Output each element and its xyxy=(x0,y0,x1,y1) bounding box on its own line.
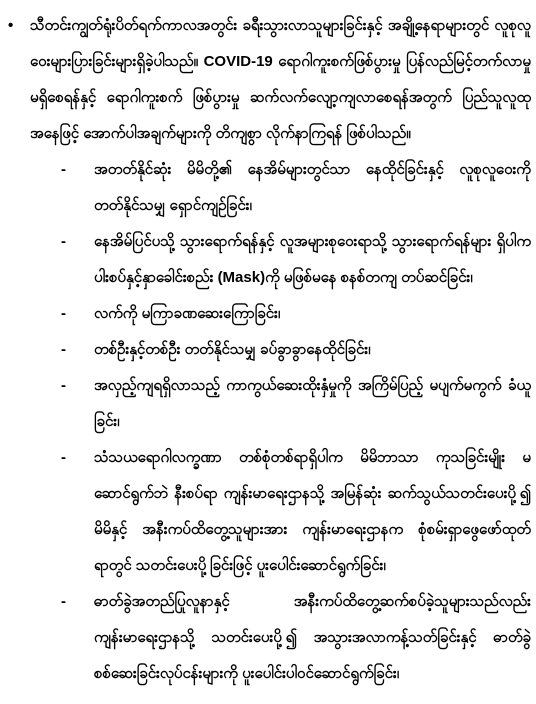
dash-marker: - xyxy=(61,332,94,368)
list-item: - အလှည့်ကျရရှိလာသည့် ကာကွယ်ဆေးထိုးနှံမှု… xyxy=(8,368,531,440)
list-item: - အတတ်နိုင်ဆုံး မိမိတို့၏ နေအိမ်များတွင်… xyxy=(8,152,531,224)
dash-marker: - xyxy=(61,224,94,260)
list-item: - ဓာတ်ခွဲအတည်ပြုလူနာနှင့် အနီးကပ်ထိတွေ့ဆ… xyxy=(8,584,531,692)
dash-marker: - xyxy=(61,368,94,404)
list-item: - နေအိမ်ပြင်ပသို့ သွားရောက်ရန်နှင့် လူအမ… xyxy=(8,224,531,296)
list-item-text: လက်ကို မကြာခဏဆေးကြောခြင်း၊ xyxy=(94,296,531,332)
intro-paragraph-text: သီတင်းကျွတ်ရုံးပိတ်ရက်ကာလအတွင်း ခရီးသွား… xyxy=(30,8,531,152)
list-item: - တစ်ဦးနှင့်တစ်ဦး တတ်နိုင်သမျှ ခပ်ခွာခွာ… xyxy=(8,332,531,368)
dash-marker: - xyxy=(61,296,94,332)
bullet-marker: • xyxy=(8,8,30,44)
list-item-text: နေအိမ်ပြင်ပသို့ သွားရောက်ရန်နှင့် လူအမျာ… xyxy=(94,224,531,296)
instruction-list: - အတတ်နိုင်ဆုံး မိမိတို့၏ နေအိမ်များတွင်… xyxy=(8,152,531,692)
list-item: - သံသယရောဂါလက္ခဏာ တစ်စုံတစ်ရာရှိပါက မိမိ… xyxy=(8,440,531,584)
list-item-text: သံသယရောဂါလက္ခဏာ တစ်စုံတစ်ရာရှိပါက မိမိဘာ… xyxy=(94,440,531,584)
intro-paragraph-row: • သီတင်းကျွတ်ရုံးပိတ်ရက်ကာလအတွင်း ခရီးသွ… xyxy=(8,8,531,152)
dash-marker: - xyxy=(61,152,94,188)
list-item-text: တစ်ဦးနှင့်တစ်ဦး တတ်နိုင်သမျှ ခပ်ခွာခွာနေ… xyxy=(94,332,531,368)
list-item: - လက်ကို မကြာခဏဆေးကြောခြင်း၊ xyxy=(8,296,531,332)
list-item-text: အတတ်နိုင်ဆုံး မိမိတို့၏ နေအိမ်များတွင်သာ… xyxy=(94,152,531,224)
dash-marker: - xyxy=(61,584,94,620)
document-page: • သီတင်းကျွတ်ရုံးပိတ်ရက်ကာလအတွင်း ခရီးသွ… xyxy=(0,0,536,704)
list-item-text: ဓာတ်ခွဲအတည်ပြုလူနာနှင့် အနီးကပ်ထိတွေ့ဆက်… xyxy=(94,584,531,692)
list-item-text: အလှည့်ကျရရှိလာသည့် ကာကွယ်ဆေးထိုးနှံမှုကိ… xyxy=(94,368,531,440)
dash-marker: - xyxy=(61,440,94,476)
